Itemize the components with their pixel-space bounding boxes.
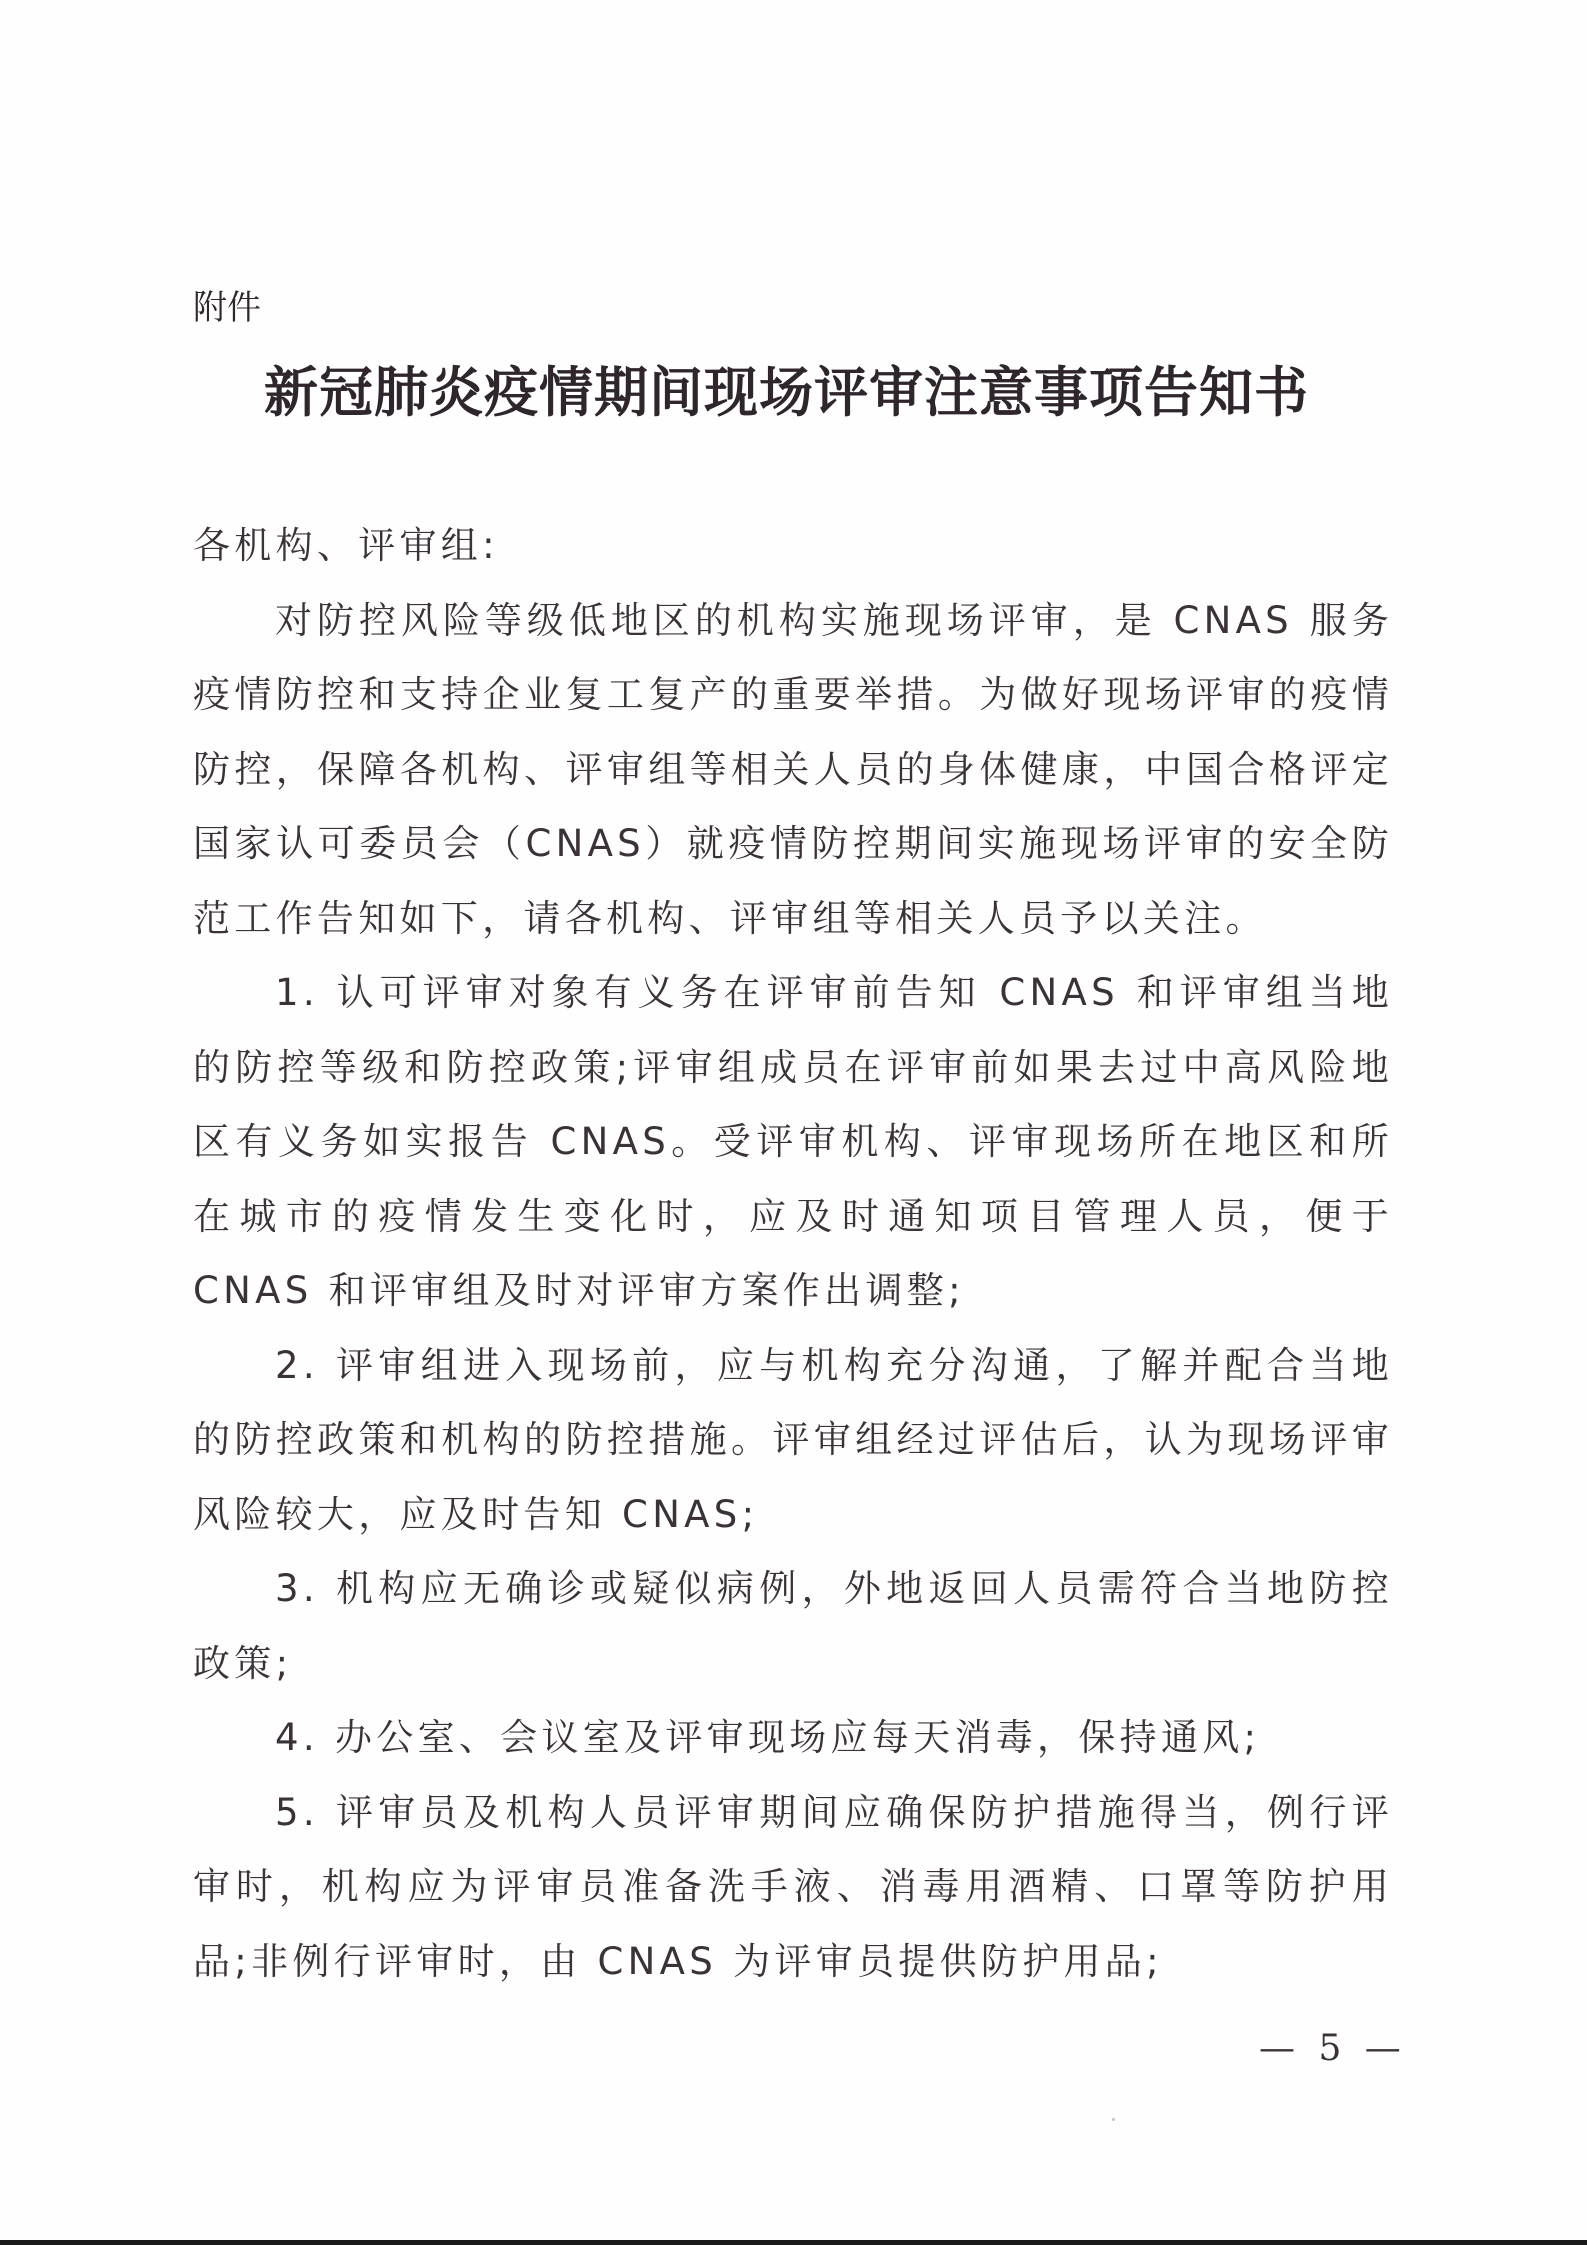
item-1-paragraph: 1. 认可评审对象有义务在评审前告知 CNAS 和评审组当地的防控等级和防控政策… bbox=[193, 956, 1393, 1329]
salutation: 各机构、评审组: bbox=[193, 509, 1393, 584]
page-number: — 5 — bbox=[1259, 2028, 1407, 2069]
attachment-label: 附件 bbox=[193, 280, 261, 329]
item-4-paragraph: 4. 办公室、会议室及评审现场应每天消毒，保持通风; bbox=[193, 1701, 1393, 1776]
scan-speck bbox=[1112, 2118, 1115, 2121]
intro-paragraph: 对防控风险等级低地区的机构实施现场评审，是 CNAS 服务疫情防控和支持企业复工… bbox=[193, 584, 1393, 957]
document-page: 附件 新冠肺炎疫情期间现场评审注意事项告知书 各机构、评审组: 对防控风险等级低… bbox=[0, 0, 1587, 2240]
item-3-paragraph: 3. 机构应无确诊或疑似病例，外地返回人员需符合当地防控政策; bbox=[193, 1552, 1393, 1701]
item-5-paragraph: 5. 评审员及机构人员评审期间应确保防护措施得当，例行评审时，机构应为评审员准备… bbox=[193, 1776, 1393, 2000]
document-body: 各机构、评审组: 对防控风险等级低地区的机构实施现场评审，是 CNAS 服务疫情… bbox=[193, 509, 1393, 1999]
item-2-paragraph: 2. 评审组进入现场前，应与机构充分沟通，了解并配合当地的防控政策和机构的防控措… bbox=[193, 1329, 1393, 1553]
document-title: 新冠肺炎疫情期间现场评审注意事项告知书 bbox=[0, 350, 1587, 427]
page-bottom-edge bbox=[0, 2240, 1587, 2245]
